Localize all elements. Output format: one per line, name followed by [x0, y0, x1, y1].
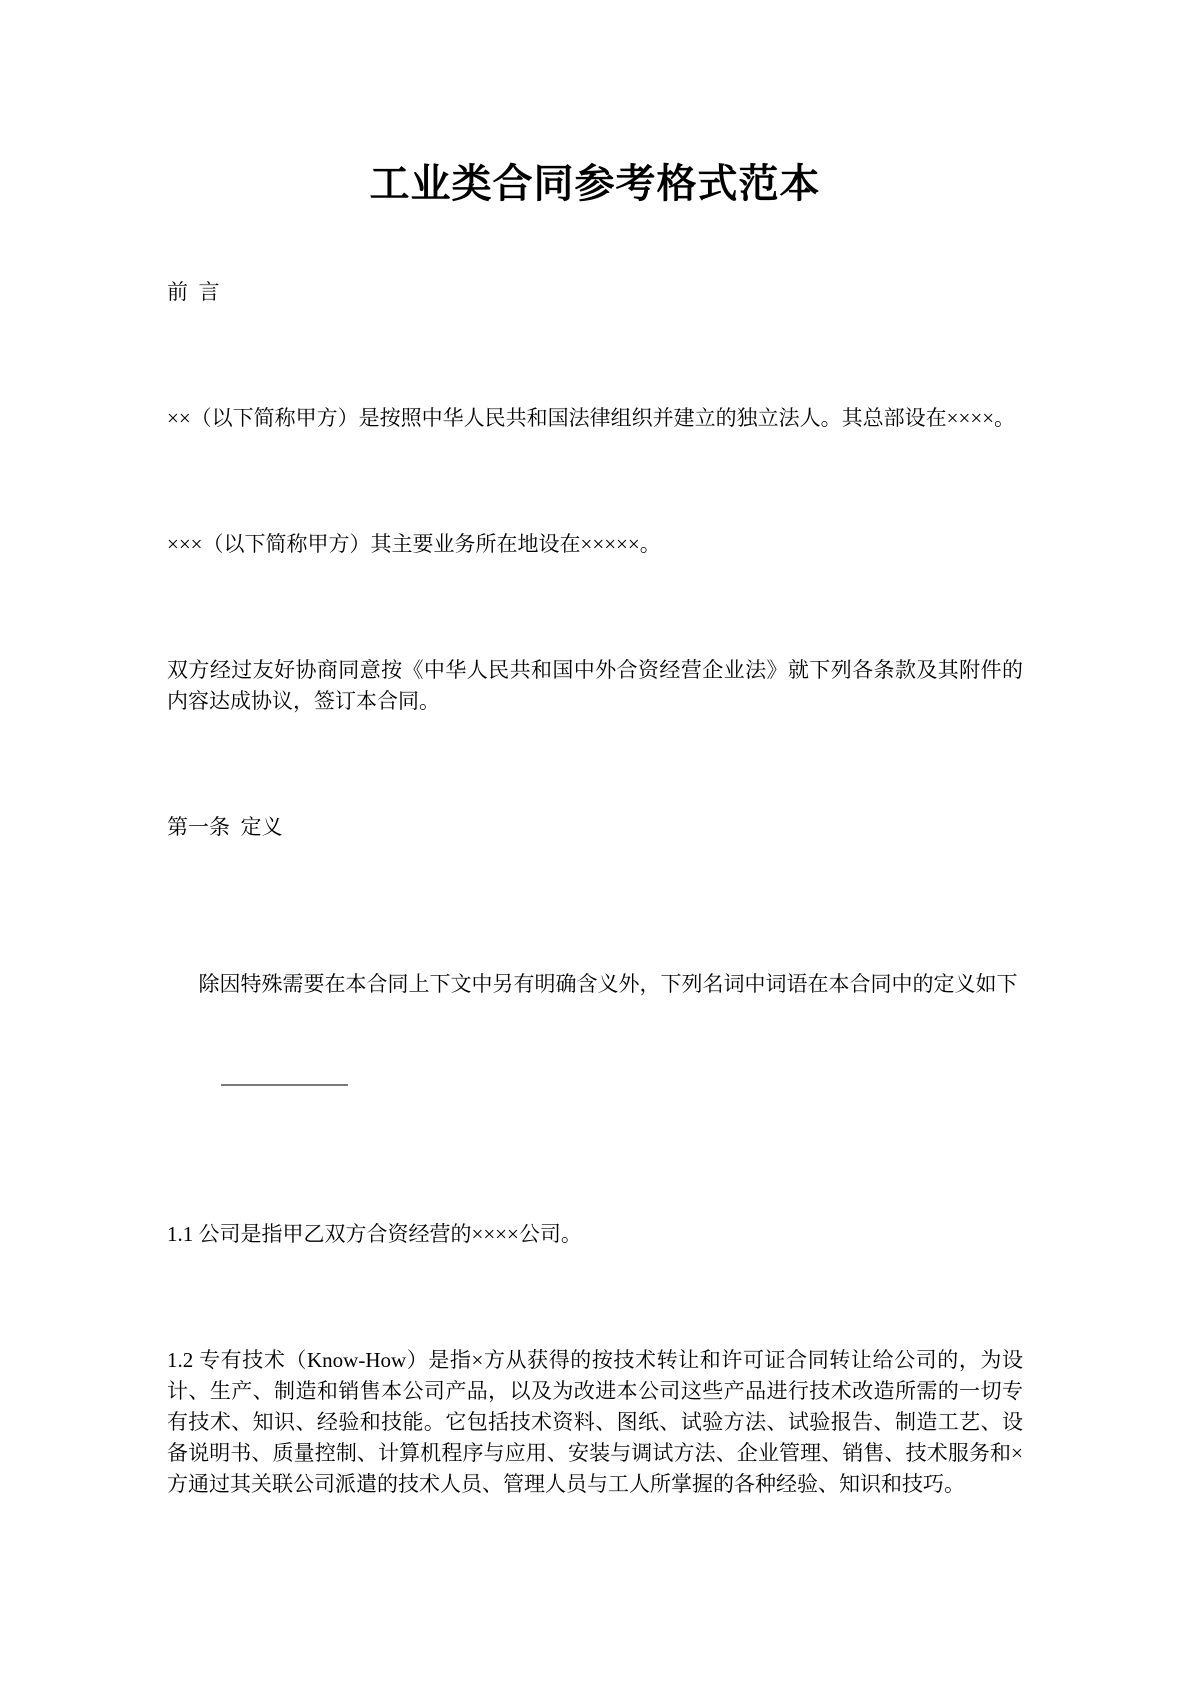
preface-heading: 前 言: [167, 277, 1023, 308]
article-1-heading: 第一条 定义: [167, 812, 1023, 843]
definition-1-1-paragraph: 1.1 公司是指甲乙双方合资经营的××××公司。: [167, 1219, 1023, 1250]
agreement-basis-paragraph: 双方经过友好协商同意按《中华人民共和国中外合资经营企业法》就下列各条款及其附件的…: [167, 655, 1023, 717]
definitions-intro-block: 除因特殊需要在本合同上下文中另有明确含义外，下列名词中词语在本合同中的定义如下: [167, 938, 1023, 1124]
blank-line-row: [167, 1031, 1023, 1062]
party-b-paragraph: ×××（以下简称甲方）其主要业务所在地设在×××××。: [167, 529, 1023, 560]
document-content: 工业类合同参考格式范本 前 言 ××（以下简称甲方）是按照中华人民共和国法律组织…: [167, 0, 1023, 1595]
document-title: 工业类合同参考格式范本: [167, 160, 1023, 208]
party-a-paragraph: ××（以下简称甲方）是按照中华人民共和国法律组织并建立的独立法人。其总部设在××…: [167, 403, 1023, 434]
fill-in-blank-line: [221, 1062, 348, 1086]
definitions-intro-text: 除因特殊需要在本合同上下文中另有明确含义外，下列名词中词语在本合同中的定义如下: [199, 972, 1018, 996]
definition-1-2-paragraph: 1.2 专有技术（Know-How）是指×方从获得的按技术转让和许可证合同转让给…: [167, 1345, 1023, 1500]
document-page: 工业类合同参考格式范本 前 言 ××（以下简称甲方）是按照中华人民共和国法律组织…: [0, 0, 1190, 1683]
